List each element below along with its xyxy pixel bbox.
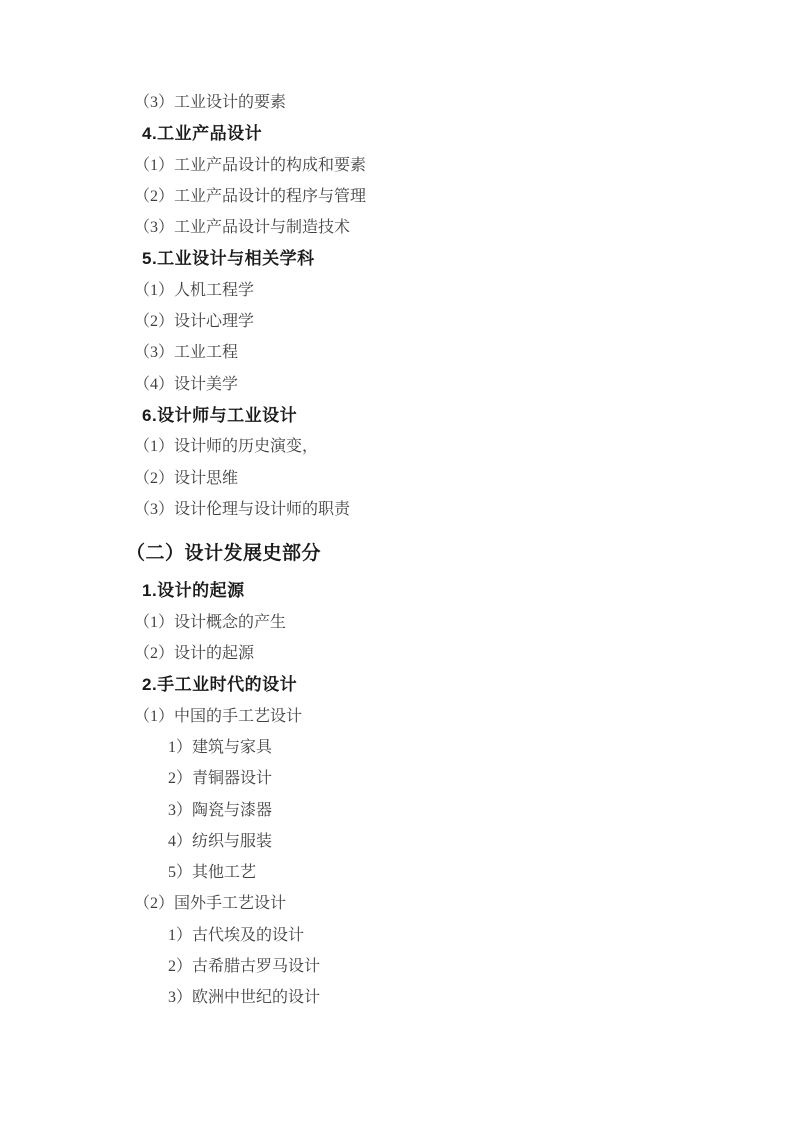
section-heading: （二）设计发展史部分 <box>126 538 793 569</box>
outline-heading: 4.工业产品设计 <box>142 118 793 149</box>
outline-content: （3）工业设计的要素4.工业产品设计（1）工业产品设计的构成和要素（2）工业产品… <box>0 87 793 1014</box>
outline-item: （1）人机工程学 <box>134 275 793 306</box>
outline-heading: 5.工业设计与相关学科 <box>142 243 793 274</box>
outline-item: （3）工业工程 <box>134 337 793 368</box>
outline-subitem: 1）古代埃及的设计 <box>168 920 793 951</box>
outline-item: （1）设计师的历史演变， <box>134 431 793 462</box>
outline-item: （2）国外手工艺设计 <box>134 888 793 919</box>
outline-item: （3）工业产品设计与制造技术 <box>134 212 793 243</box>
outline-item: （3）设计伦理与设计师的职责 <box>134 494 793 525</box>
outline-subitem: 3）欧洲中世纪的设计 <box>168 982 793 1013</box>
outline-item: （1）中国的手工艺设计 <box>134 701 793 732</box>
outline-item: （1）设计概念的产生 <box>134 607 793 638</box>
outline-subitem: 5）其他工艺 <box>168 857 793 888</box>
outline-subitem: 4）纺织与服装 <box>168 826 793 857</box>
outline-heading: 2.手工业时代的设计 <box>142 669 793 700</box>
outline-item: （3）工业设计的要素 <box>134 87 793 118</box>
outline-item: （2）工业产品设计的程序与管理 <box>134 181 793 212</box>
outline-heading: 1.设计的起源 <box>142 575 793 606</box>
outline-subitem: 2）青铜器设计 <box>168 763 793 794</box>
outline-subitem: 3）陶瓷与漆器 <box>168 795 793 826</box>
outline-item: （2）设计心理学 <box>134 306 793 337</box>
outline-item: （2）设计的起源 <box>134 638 793 669</box>
outline-item: （1）工业产品设计的构成和要素 <box>134 150 793 181</box>
outline-item: （2）设计思维 <box>134 463 793 494</box>
outline-heading: 6.设计师与工业设计 <box>142 400 793 431</box>
document-page: （3）工业设计的要素4.工业产品设计（1）工业产品设计的构成和要素（2）工业产品… <box>0 0 793 1123</box>
outline-item: （4）设计美学 <box>134 369 793 400</box>
outline-subitem: 2）古希腊古罗马设计 <box>168 951 793 982</box>
outline-subitem: 1）建筑与家具 <box>168 732 793 763</box>
